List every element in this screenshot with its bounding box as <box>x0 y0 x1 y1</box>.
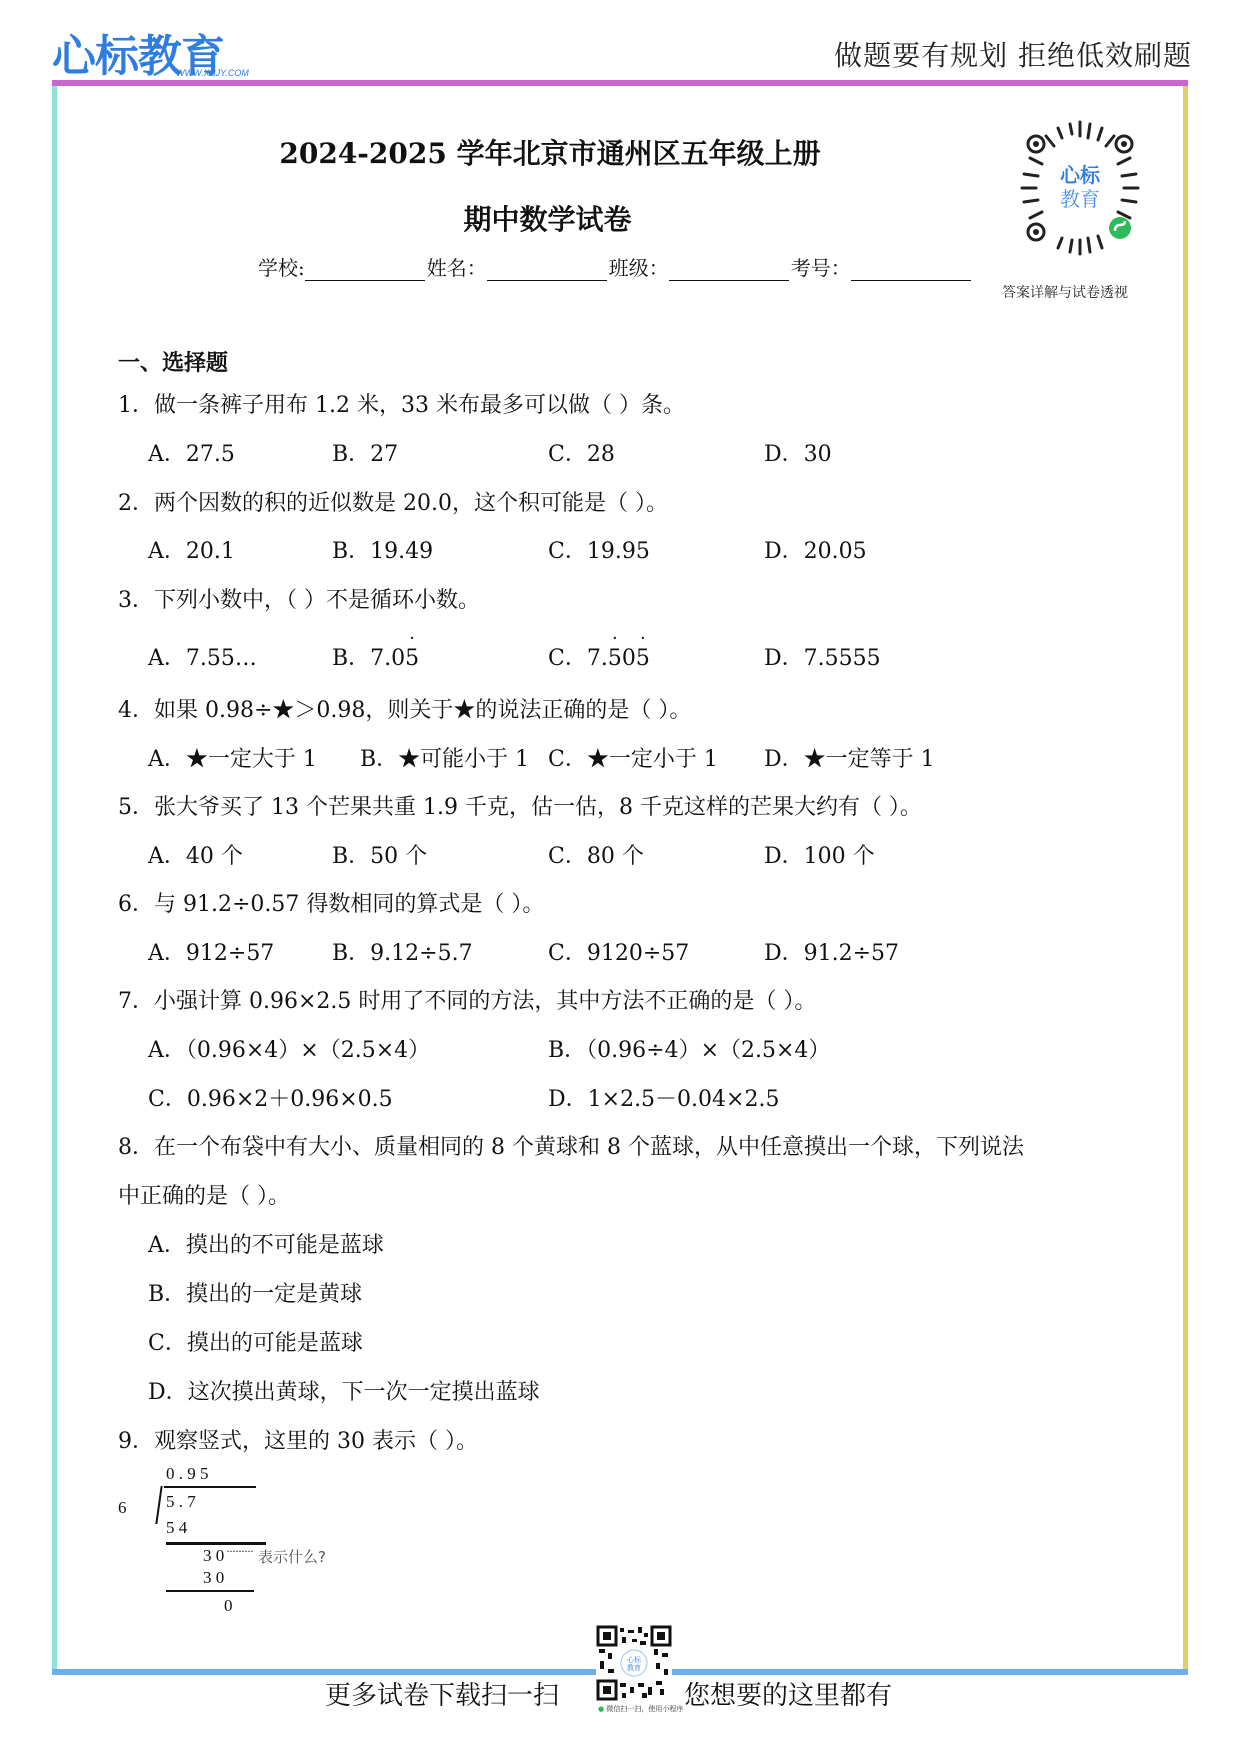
ld-sub1: 5 4 <box>166 1518 187 1538</box>
q8-option-c[interactable]: C．摸出的可能是蓝球 <box>148 1326 363 1357</box>
ld-divisor: 6 <box>118 1498 127 1518</box>
mini-program-code[interactable]: 心标 教育 <box>1010 118 1150 258</box>
q6-option-d[interactable]: D．91.2÷57 <box>764 936 899 967</box>
q8-option-a[interactable]: A．摸出的不可能是蓝球 <box>148 1228 384 1259</box>
qr-code-icon: 心标 教育 <box>596 1625 672 1701</box>
q4-option-d[interactable]: D．★一定等于 1 <box>764 742 935 773</box>
exam-no-label: 考号： <box>791 256 851 280</box>
q5-option-b[interactable]: B．50 个 <box>332 839 427 870</box>
frame-right-bar <box>1183 86 1188 1669</box>
ld-remainder1: 3 0 <box>203 1546 224 1566</box>
q7-option-b[interactable]: B．（0.96÷4）×（2.5×4） <box>548 1033 830 1064</box>
ld-final: 0 <box>224 1596 233 1616</box>
q1-option-b[interactable]: B．27 <box>332 437 398 468</box>
q1-option-d[interactable]: D．30 <box>764 437 832 468</box>
svg-text:心标: 心标 <box>1060 163 1101 187</box>
q4-option-a[interactable]: A．★一定大于 1 <box>148 742 317 773</box>
q3-option-b[interactable]: B．7.05 <box>332 641 419 672</box>
q8-option-d[interactable]: D．这次摸出黄球，下一次一定摸出蓝球 <box>148 1375 540 1406</box>
ld-dotted-leader: ········· <box>226 1544 253 1559</box>
ld-annotation: 表示什么? <box>258 1546 326 1567</box>
section-title: 一、选择题 <box>118 346 228 377</box>
name-blank[interactable] <box>487 260 607 281</box>
frame-top-bar <box>52 80 1188 86</box>
wechat-icon: ● <box>598 1705 604 1713</box>
q6-option-a[interactable]: A．912÷57 <box>148 936 274 967</box>
question-6-stem: 6．与 91.2÷0.57 得数相同的算式是（ ）。 <box>118 887 544 918</box>
ld-line2 <box>166 1590 254 1592</box>
q5-option-c[interactable]: C．80 个 <box>548 839 644 870</box>
qr-code-icon: 心标 教育 <box>1010 118 1150 258</box>
header-slogan: 做题要有规划 拒绝低效刷题 <box>834 34 1192 74</box>
brand-logo: 心标教育 WWW.XBJY.COM <box>52 28 249 80</box>
q3-option-a[interactable]: A．7.55… <box>148 641 257 672</box>
class-blank[interactable] <box>669 260 789 281</box>
school-blank[interactable] <box>305 260 425 281</box>
long-division-figure: 0 . 9 5 6 5 . 7 5 4 3 0 ········· 表示什么? … <box>118 1462 418 1622</box>
q1-option-c[interactable]: C．28 <box>548 437 615 468</box>
ld-sub2: 3 0 <box>203 1568 224 1588</box>
footer-qr-caption: ● 微信扫一扫，使用小程序 <box>598 1704 683 1714</box>
q5-option-d[interactable]: D．100 个 <box>764 839 875 870</box>
question-4-stem: 4．如果 0.98÷★＞0.98，则关于★的说法正确的是（ ）。 <box>118 693 691 724</box>
svg-text:教育: 教育 <box>627 1663 641 1672</box>
name-label: 姓名： <box>427 256 487 280</box>
question-5-stem: 5．张大爷买了 13 个芒果共重 1.9 千克，估一估，8 千克这样的芒果大约有… <box>118 790 922 821</box>
q2-option-a[interactable]: A．20.1 <box>148 534 235 565</box>
q7-option-a[interactable]: A．（0.96×4）×（2.5×4） <box>148 1033 430 1064</box>
logo-url: WWW.XBJY.COM <box>176 68 249 78</box>
school-label: 学校: <box>258 256 305 280</box>
svg-text:心标: 心标 <box>627 1655 642 1664</box>
q8-option-b[interactable]: B．摸出的一定是黄球 <box>148 1277 362 1308</box>
class-label: 班级： <box>609 256 669 280</box>
ld-dividend: 5 . 7 <box>166 1492 196 1512</box>
frame-left-bar <box>52 86 57 1669</box>
question-2-stem: 2．两个因数的积的近似数是 20.0，这个积可能是（ ）。 <box>118 486 668 517</box>
question-7-stem: 7．小强计算 0.96×2.5 时用了不同的方法，其中方法不正确的是（ ）。 <box>118 984 816 1015</box>
q2-option-b[interactable]: B．19.49 <box>332 534 433 565</box>
question-8-stem-line1: 8．在一个布袋中有大小、质量相同的 8 个黄球和 8 个蓝球，从中任意摸出一个球… <box>118 1130 1024 1161</box>
q6-option-c[interactable]: C．9120÷57 <box>548 936 689 967</box>
qr-caption: 答案详解与试卷透视 <box>1002 282 1128 302</box>
footer-left-text: 更多试卷下载扫一扫 <box>325 1675 559 1712</box>
ld-top-line <box>164 1486 256 1488</box>
q5-option-a[interactable]: A．40 个 <box>148 839 243 870</box>
q6-option-b[interactable]: B．9.12÷5.7 <box>332 936 473 967</box>
footer-right-text: 您想要的这里都有 <box>684 1675 892 1712</box>
q4-option-c[interactable]: C．★一定小于 1 <box>548 742 718 773</box>
q1-option-a[interactable]: A．27.5 <box>148 437 235 468</box>
footer-qr-code[interactable]: 心标 教育 <box>596 1625 672 1701</box>
q7-option-d[interactable]: D．1×2.5－0.04×2.5 <box>548 1082 779 1113</box>
q7-option-c[interactable]: C．0.96×2＋0.96×0.5 <box>148 1082 393 1113</box>
q4-option-b[interactable]: B．★可能小于 1 <box>360 742 529 773</box>
student-info-fields: 学校:姓名：班级：考号： <box>258 252 973 281</box>
q2-option-c[interactable]: C．19.95 <box>548 534 650 565</box>
question-9-stem: 9．观察竖式，这里的 30 表示（ ）。 <box>118 1424 478 1455</box>
q3-option-d[interactable]: D．7.5555 <box>764 641 881 672</box>
ld-bracket <box>155 1486 162 1524</box>
question-3-stem: 3．下列小数中，（ ）不是循环小数。 <box>118 583 480 614</box>
q2-option-d[interactable]: D．20.05 <box>764 534 867 565</box>
q3-option-c[interactable]: C．7.505 <box>548 641 650 672</box>
svg-text:教育: 教育 <box>1060 187 1100 211</box>
exam-no-blank[interactable] <box>851 260 971 281</box>
ld-quotient: 0 . 9 5 <box>166 1464 209 1484</box>
question-1-stem: 1．做一条裤子用布 1.2 米，33 米布最多可以做（ ）条。 <box>118 388 685 419</box>
question-8-stem-line2: 中正确的是（ ）。 <box>118 1179 290 1210</box>
